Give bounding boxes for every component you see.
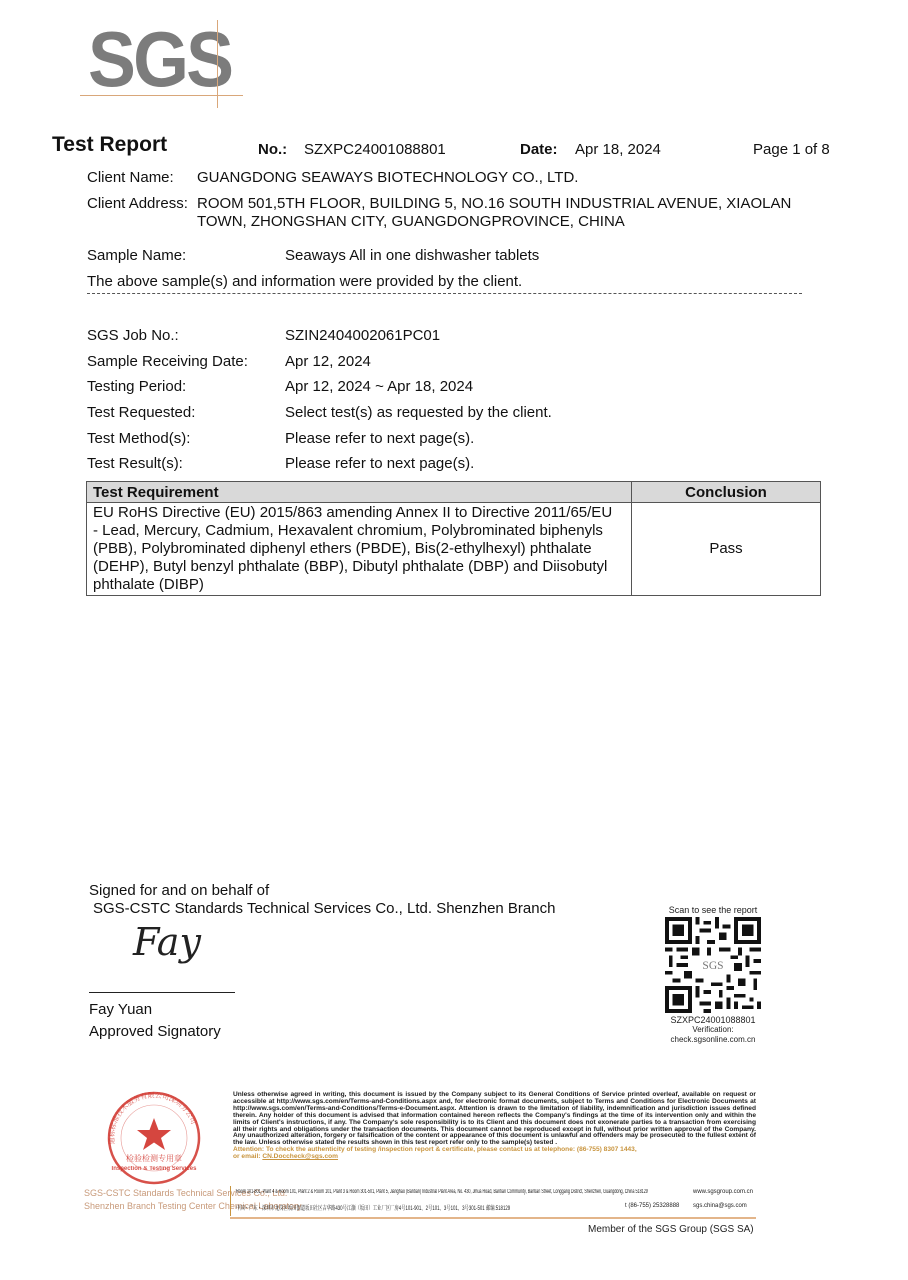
sample-provided-note: The above sample(s) and information were…: [87, 273, 522, 291]
client-address-line1: ROOM 501,5TH FLOOR, BUILDING 5, NO.16 SO…: [197, 195, 791, 213]
page-indicator: Page 1 of 8: [753, 141, 830, 158]
detail-label-job-no: SGS Job No.:: [87, 327, 179, 345]
footer-website[interactable]: www.sgsgroup.com.cn: [693, 1189, 753, 1195]
svg-text:Inspection & Testing Services: Inspection & Testing Services: [112, 1166, 198, 1172]
detail-value-receiving-date: Apr 12, 2024: [285, 353, 371, 371]
client-address-label: Client Address:: [87, 195, 188, 213]
svg-text:检验检测专用章: 检验检测专用章: [126, 1153, 182, 1163]
footer-address-cn: 中国・广东・深圳市龙岗区坂田街道坂田社区吉华路430号江灏（坂田）工业厂区厂房4…: [236, 1203, 510, 1212]
sgs-group-member-note: Member of the SGS Group (SGS SA): [588, 1224, 754, 1235]
verification-label: Verification:: [660, 1025, 766, 1035]
report-date-label: Date:: [520, 141, 558, 158]
requirement-cell: EU RoHS Directive (EU) 2015/863 amending…: [87, 503, 632, 596]
signatory-name: Fay Yuan: [89, 1001, 152, 1019]
detail-value-testing-period: Apr 12, 2024 ~ Apr 18, 2024: [285, 378, 473, 396]
footer-address-en: Room 101-801, Plant 4 & Room 101, Plant …: [236, 1189, 648, 1195]
report-date-value: Apr 18, 2024: [575, 141, 661, 158]
address-accent-bar: [230, 1186, 231, 1216]
detail-label-test-requested: Test Requested:: [87, 404, 195, 422]
test-requirement-table: Test Requirement Conclusion EU RoHS Dire…: [86, 481, 821, 596]
footer-general-email[interactable]: sgs.china@sgs.com: [693, 1203, 747, 1209]
doccheck-email-link[interactable]: CN.Doccheck@sgs.com: [262, 1153, 338, 1160]
report-title: Test Report: [52, 133, 167, 157]
client-name-value: GUANGDONG SEAWAYS BIOTECHNOLOGY CO., LTD…: [197, 169, 578, 187]
logo-horizontal-rule: [80, 95, 243, 96]
signed-on-behalf-text: Signed for and on behalf of: [89, 882, 269, 900]
company-seal: 检验检测专用章 Inspection & Testing Services 通标…: [90, 1090, 218, 1200]
requirement-line: (PBB), Polybrominated diphenyl ethers (P…: [93, 540, 625, 558]
dashed-separator: [87, 293, 802, 295]
detail-value-test-requested: Select test(s) as requested by the clien…: [285, 404, 552, 422]
logo-vertical-rule: [217, 20, 218, 108]
table-header-row: Test Requirement Conclusion: [87, 482, 821, 503]
detail-value-test-results: Please refer to next page(s).: [285, 455, 474, 473]
client-address-line2: TOWN, ZHONGSHAN CITY, GUANGDONGPROVINCE,…: [197, 213, 625, 231]
detail-label-receiving-date: Sample Receiving Date:: [87, 353, 248, 371]
requirement-line: - Lead, Mercury, Cadmium, Hexavalent chr…: [93, 522, 625, 540]
detail-value-job-no: SZIN2404002061PC01: [285, 327, 440, 345]
qr-verification-block: Scan to see the report SGS SZXPC24001088…: [660, 905, 766, 1045]
conclusion-cell: Pass: [632, 503, 821, 596]
client-name-label: Client Name:: [87, 169, 174, 187]
column-header-conclusion: Conclusion: [632, 482, 821, 503]
signature-line: [89, 992, 235, 993]
authenticity-email-line: or email: CN.Doccheck@sgs.com: [233, 1154, 756, 1161]
verification-url[interactable]: check.sgsonline.com.cn: [660, 1035, 766, 1045]
table-row: EU RoHS Directive (EU) 2015/863 amending…: [87, 503, 821, 596]
report-no-value: SZXPC24001088801: [304, 141, 446, 158]
signing-company: SGS-CSTC Standards Technical Services Co…: [93, 900, 555, 918]
detail-value-test-methods: Please refer to next page(s).: [285, 430, 474, 448]
detail-label-testing-period: Testing Period:: [87, 378, 186, 396]
requirement-line: (DEHP), Butyl benzyl phthalate (BBP), Di…: [93, 558, 625, 576]
sample-name-label: Sample Name:: [87, 247, 186, 265]
signatory-title: Approved Signatory: [89, 1023, 221, 1041]
email-prefix: or email:: [233, 1153, 262, 1160]
detail-label-test-results: Test Result(s):: [87, 455, 183, 473]
seal-icon: 检验检测专用章 Inspection & Testing Services 通标…: [90, 1090, 218, 1190]
handwritten-signature: Fay: [133, 920, 201, 964]
terms-text: Unless otherwise agreed in writing, this…: [233, 1091, 756, 1146]
sgs-logo: SGS: [80, 18, 250, 103]
detail-label-test-methods: Test Method(s):: [87, 430, 190, 448]
footer-phone: t (86-755) 25328888: [625, 1203, 679, 1209]
sgs-logo-text: SGS: [88, 20, 231, 98]
column-header-requirement: Test Requirement: [87, 482, 632, 503]
requirement-line: EU RoHS Directive (EU) 2015/863 amending…: [93, 504, 625, 522]
requirement-line: phthalate (DIBP): [93, 576, 625, 594]
terms-fine-print: Unless otherwise agreed in writing, this…: [233, 1092, 756, 1161]
report-no-label: No.:: [258, 141, 287, 158]
qr-caption: Scan to see the report: [660, 905, 766, 915]
qr-report-number: SZXPC24001088801: [660, 1015, 766, 1025]
qr-code-icon[interactable]: SGS: [665, 917, 761, 1013]
svg-text:SGS: SGS: [702, 960, 723, 972]
sample-name-value: Seaways All in one dishwasher tablets: [285, 247, 539, 265]
footer-divider: [230, 1217, 756, 1219]
